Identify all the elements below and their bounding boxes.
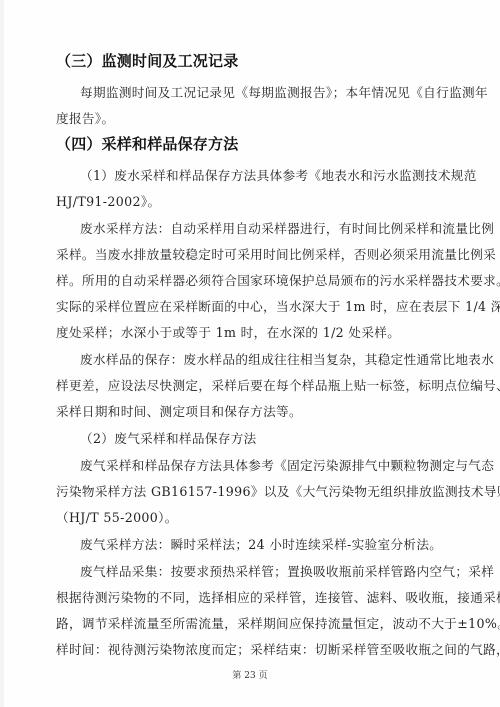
section-heading-monitoring-time: （三）监测时间及工况记录 [56,50,238,71]
paragraph-line: 实际的采样位置应在采样断面的中心，当水深大于 1m 时，应在表层下 1/4 深 [56,296,500,315]
paragraph-line: 废气采样方法：瞬时采样法；24 小时连续采样-实验室分析法。 [80,534,442,553]
paragraph-line: 采样。当废水排放量较稳定时可采用时间比例采样，否则必须采用流量比例采 [56,244,496,263]
paragraph-line: 污染物采样方法 GB16157-1996》以及《大气污染物无组织排放监测技术导则… [56,481,500,500]
section-heading-sampling-methods: （四）采样和样品保存方法 [56,133,238,154]
paragraph-line: 路，调节采样流量至所需流量，采样期间应保持流量恒定，波动不大于±10%。采 [56,613,500,632]
paragraph-line: 样。所用的自动采样器必须符合国家环境保护总局颁布的污水采样器技术要求。 [56,270,500,289]
paragraph-line: 样更差，应设法尽快测定，采样后要在每个样品瓶上贴一标签，标明点位编号、 [56,375,500,394]
paragraph-line: 每期监测时间及工况记录见《每期监测报告》；本年情况见《自行监测年 [80,82,488,101]
paragraph-line: 废水采样方法：自动采样用自动采样器进行，有时间比例采样和流量比例 [80,218,494,237]
paragraph-line: HJ/T91-2002》。 [56,191,160,210]
paragraph-line: 废水样品的保存：废水样品的组成往往相当复杂，其稳定性通常比地表水 [80,349,494,368]
paragraph-line: 根据待测污染物的不同，选择相应的采样管，连接管、滤料、吸收瓶，接通采样管 [56,587,500,606]
paragraph-line: （HJ/T 55-2000）。 [56,507,178,526]
paragraph-line: 采样日期和时间、测定项目和保存方法等。 [56,401,302,420]
paragraph-line: 度报告》。 [56,108,114,127]
paragraph-line: 度处采样；水深小于或等于 1m 时，在水深的 1/2 处采样。 [56,322,400,341]
paragraph-line: 废气样品采集：按要求预热采样管；置换吸收瓶前采样管路内空气；采样 [80,561,494,580]
scan-edge [0,0,4,707]
paragraph-line: 样时间：视待测污染物浓度而定；采样结束：切断采样管至吸收瓶之间的气路， [56,639,500,658]
subsection-heading-exhaust: （2）废气采样和样品保存方法 [80,428,257,447]
page-number: 第 23 页 [0,668,500,681]
paragraph-line: （1）废水采样和样品保存方法具体参考《地表水和污水监测技术规范 [80,165,477,184]
document-page: （三）监测时间及工况记录 每期监测时间及工况记录见《每期监测报告》；本年情况见《… [0,0,500,707]
paragraph-line: 废气采样和样品保存方法具体参考《固定污染源排气中颗粒物测定与气态 [80,455,494,474]
